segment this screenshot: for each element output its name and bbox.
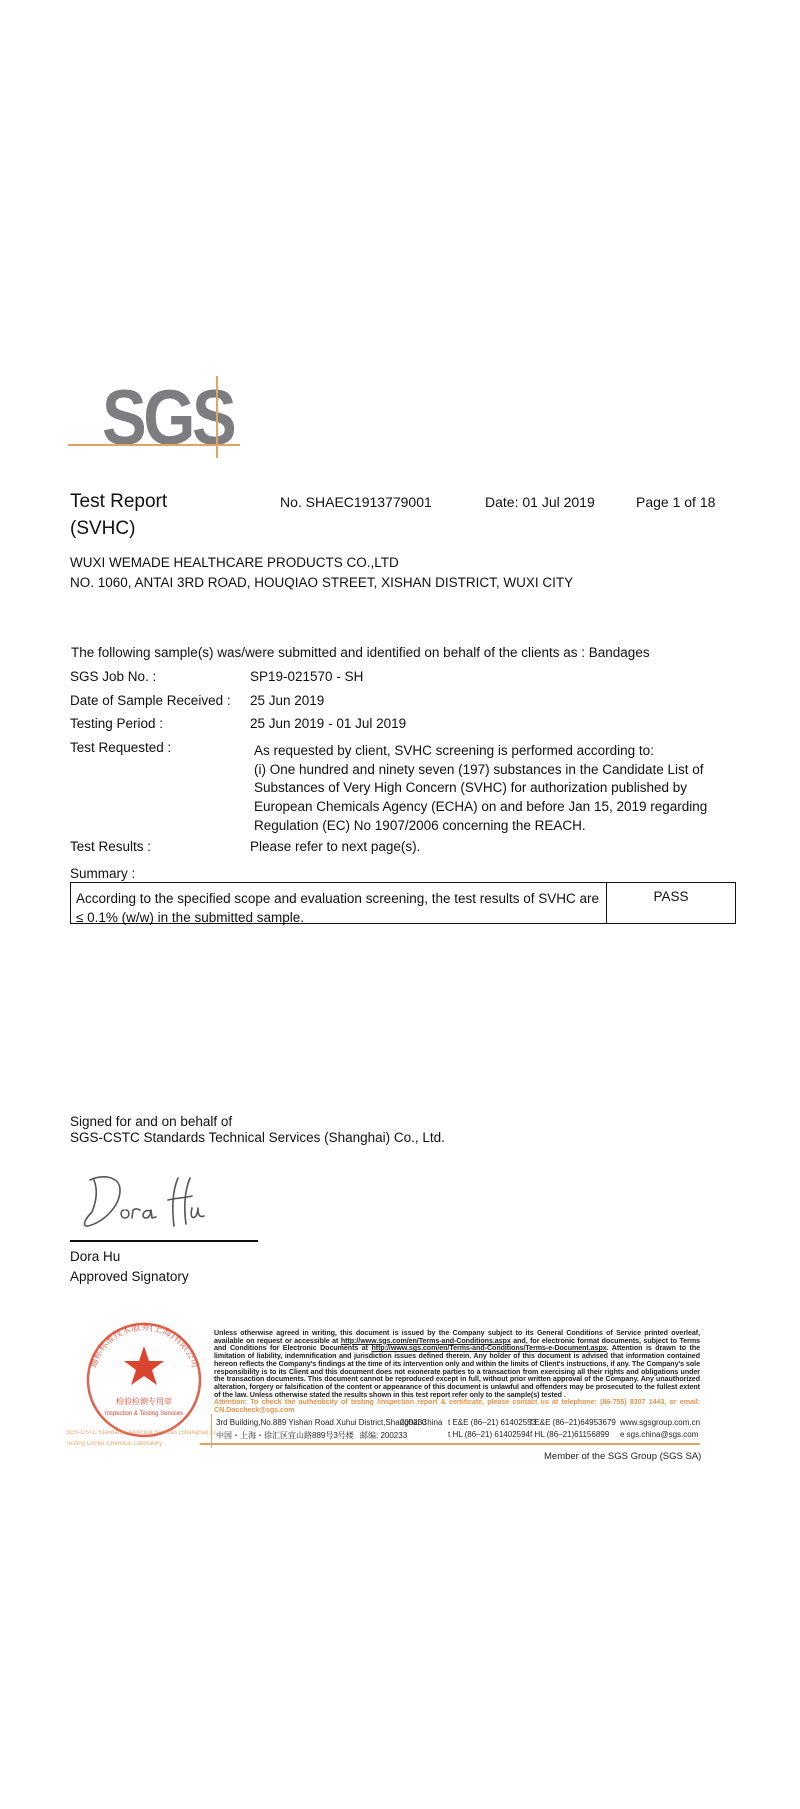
logo-accent-vertical: [216, 376, 218, 458]
logo-accent-horizontal: [68, 444, 240, 446]
client-address: NO. 1060, ANTAI 3RD ROAD, HOUQIAO STREET…: [70, 573, 573, 593]
sgs-logo: SGS: [68, 376, 242, 458]
field-label-test-results: Test Results :: [70, 839, 151, 854]
footer-address-row-cn: 中国・上海・徐汇区宜山路889号3号楼 邮编: 200233 t HL (86–…: [216, 1430, 706, 1442]
field-label-testing-period: Testing Period :: [70, 716, 163, 731]
client-block: WUXI WEMADE HEALTHCARE PRODUCTS CO.,LTD …: [70, 553, 573, 593]
website[interactable]: www.sgsgroup.com.cn: [620, 1418, 700, 1427]
summary-table: According to the specified scope and eva…: [70, 882, 736, 924]
phone-hl: t HL (86–21) 61402594: [448, 1430, 530, 1439]
signer-name: Dora Hu: [70, 1247, 189, 1267]
test-requested-line: Substances of Very High Concern (SVHC) f…: [254, 779, 734, 798]
footer-accent-horizontal: [200, 1443, 700, 1445]
footer-address-row-en: 3rd Building,No.889 Yishan Road Xuhui Di…: [216, 1418, 706, 1430]
fax-ee: f E&E (86–21)64953679: [530, 1418, 616, 1427]
signed-block: Signed for and on behalf of SGS-CSTC Sta…: [70, 1114, 445, 1146]
postcode-cn: 邮编: 200233: [360, 1430, 407, 1441]
report-title-line1: Test Report: [70, 488, 167, 515]
email[interactable]: e sgs.china@sgs.com: [620, 1430, 698, 1439]
signer-role: Approved Signatory: [70, 1267, 189, 1287]
signing-organization: SGS-CSTC Standards Technical Services (S…: [70, 1130, 445, 1146]
field-value-job-no: SP19-021570 - SH: [250, 669, 363, 684]
signature-line: [70, 1240, 258, 1242]
report-date: Date: 01 Jul 2019: [485, 494, 595, 510]
signer-block: Dora Hu Approved Signatory: [70, 1247, 189, 1287]
address-cn: 中国・上海・徐汇区宜山路889号3号楼: [216, 1430, 354, 1441]
svg-text:Testing Center-Chemical Labora: Testing Center-Chemical Laboratory: [66, 1441, 162, 1447]
legal-disclaimer: Unless otherwise agreed in writing, this…: [214, 1330, 700, 1415]
field-value-test-results: Please refer to next page(s).: [250, 839, 420, 854]
official-stamp: 通标标准技术服务(上海)有限公司 检验检测专用章 Inspection & Te…: [66, 1318, 216, 1448]
field-value-testing-period: 25 Jun 2019 - 01 Jul 2019: [250, 716, 406, 731]
summary-statement: According to the specified scope and eva…: [71, 883, 607, 923]
star-icon: [124, 1346, 164, 1385]
svg-text:检验检测专用章: 检验检测专用章: [116, 1396, 172, 1406]
report-number: No. SHAEC1913779001: [280, 494, 432, 510]
page-indicator: Page 1 of 18: [636, 494, 715, 510]
field-label-job-no: SGS Job No. :: [70, 669, 156, 684]
field-label-date-received: Date of Sample Received :: [70, 693, 231, 708]
sgs-group-membership: Member of the SGS Group (SGS SA): [544, 1451, 701, 1462]
handwritten-signature: [80, 1172, 210, 1234]
phone-ee: t E&E (86–21) 61402553: [448, 1418, 536, 1427]
summary-statement-line1: According to the specified scope and eva…: [76, 889, 601, 908]
signed-for-text: Signed for and on behalf of: [70, 1114, 445, 1130]
report-title: Test Report (SVHC): [70, 488, 167, 542]
intro-text: The following sample(s) was/were submitt…: [71, 645, 650, 660]
summary-label: Summary :: [70, 866, 135, 881]
test-requested-line: Regulation (EC) No 1907/2006 concerning …: [254, 817, 734, 836]
test-requested-line: (i) One hundred and ninety seven (197) s…: [254, 761, 734, 780]
field-label-test-requested: Test Requested :: [70, 740, 171, 755]
svg-text:Inspection & Testing Services: Inspection & Testing Services: [105, 1411, 183, 1417]
test-requested-line: As requested by client, SVHC screening i…: [254, 742, 734, 761]
client-name: WUXI WEMADE HEALTHCARE PRODUCTS CO.,LTD: [70, 553, 573, 573]
fax-hl: f HL (86–21)61156899: [530, 1430, 609, 1439]
summary-result: PASS: [607, 883, 735, 904]
disclaimer-text-post: . Attention is drawn to the limitation o…: [214, 1344, 700, 1398]
svg-text:SGS-CSTC Standards Technical S: SGS-CSTC Standards Technical Services (S…: [66, 1430, 216, 1436]
postcode-en: 200233: [400, 1418, 427, 1427]
authenticity-notice: Attention: To check the authenticity of …: [214, 1399, 700, 1414]
summary-statement-line2: ≤ 0.1% (w/w) in the submitted sample.: [76, 908, 601, 927]
field-value-date-received: 25 Jun 2019: [250, 693, 324, 708]
report-title-line2: (SVHC): [70, 515, 167, 542]
test-requested-line: European Chemicals Agency (ECHA) on and …: [254, 798, 734, 817]
test-requested-text: As requested by client, SVHC screening i…: [254, 742, 734, 836]
